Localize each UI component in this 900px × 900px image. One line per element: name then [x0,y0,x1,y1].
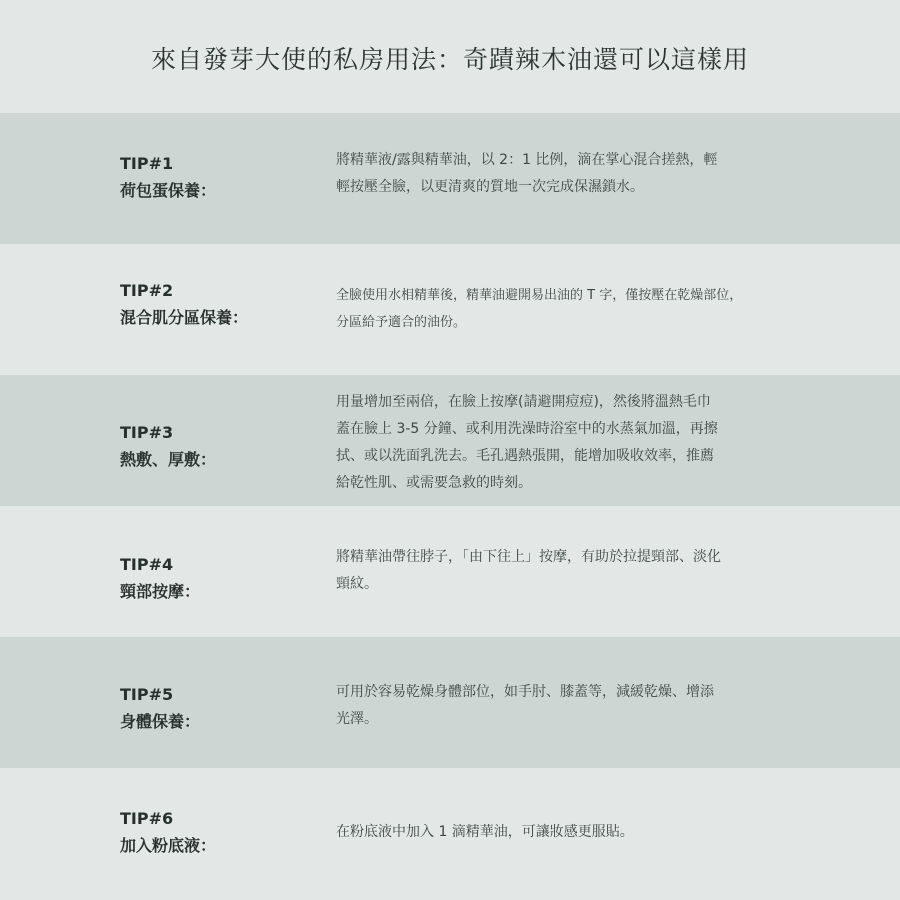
tip-description: 將精華油帶往脖子，「由下往上」按摩，有助於拉提頸部、淡化 頸紋。 [336,544,781,598]
tip-line: 可用於容易乾燥身體部位，如手肘、膝蓋等，減緩乾燥、增添 [336,679,781,706]
tip-row-2: TIP#2 混合肌分區保養： 全臉使用水相精華後，精華油避開易出油的 T 字，僅… [0,244,900,375]
tip-label: TIP#3 熱敷、厚敷： [120,419,216,473]
tip-line: 拭、或以洗面乳洗去。毛孔遇熱張開，能增加吸收效率，推薦 [336,443,781,470]
page-header: 來自發芽大使的私房用法：奇蹟辣木油還可以這樣用 [0,0,900,113]
tip-label: TIP#4 頸部按摩： [120,551,200,605]
tip-line: 全臉使用水相精華後，精華油避開易出油的 T 字，僅按壓在乾燥部位， [336,282,806,309]
tip-description: 在粉底液中加入 1 滴精華油，可讓妝感更服貼。 [336,819,781,846]
page-title: 來自發芽大使的私房用法：奇蹟辣木油還可以這樣用 [151,38,749,76]
tip-line: 用量增加至兩倍，在臉上按摩(請避開痘痘)，然後將溫熱毛巾 [336,389,781,416]
tip-line: 蓋在臉上 3-5 分鐘、或利用洗澡時浴室中的水蒸氣加溫，再擦 [336,416,781,443]
tip-description: 可用於容易乾燥身體部位，如手肘、膝蓋等，減緩乾燥、增添 光澤。 [336,679,781,733]
tip-name: 身體保養： [120,708,200,735]
tip-number: TIP#5 [120,681,200,708]
tip-line: 在粉底液中加入 1 滴精華油，可讓妝感更服貼。 [336,819,781,846]
tip-row-1: TIP#1 荷包蛋保養： 將精華液/露與精華油，以 2：1 比例，滴在掌心混合搓… [0,113,900,244]
tip-description: 將精華液/露與精華油，以 2：1 比例，滴在掌心混合搓熱，輕 輕按壓全臉，以更清… [336,147,781,201]
tip-line: 將精華油帶往脖子，「由下往上」按摩，有助於拉提頸部、淡化 [336,544,781,571]
tip-line: 分區給予適合的油份。 [336,309,806,336]
tip-name: 荷包蛋保養： [120,177,216,204]
tip-label: TIP#2 混合肌分區保養： [120,277,248,331]
tip-name: 頸部按摩： [120,578,200,605]
tip-name: 加入粉底液： [120,832,216,859]
tip-description: 全臉使用水相精華後，精華油避開易出油的 T 字，僅按壓在乾燥部位， 分區給予適合… [336,282,806,336]
tip-number: TIP#3 [120,419,216,446]
tip-line: 輕按壓全臉，以更清爽的質地一次完成保濕鎖水。 [336,174,781,201]
tip-line: 頸紋。 [336,571,781,598]
tip-name: 混合肌分區保養： [120,304,248,331]
tip-label: TIP#6 加入粉底液： [120,805,216,859]
tip-row-5: TIP#5 身體保養： 可用於容易乾燥身體部位，如手肘、膝蓋等，減緩乾燥、增添 … [0,637,900,768]
tip-number: TIP#4 [120,551,200,578]
tip-row-4: TIP#4 頸部按摩： 將精華油帶往脖子，「由下往上」按摩，有助於拉提頸部、淡化… [0,506,900,637]
tip-number: TIP#1 [120,150,216,177]
tip-row-3: TIP#3 熱敷、厚敷： 用量增加至兩倍，在臉上按摩(請避開痘痘)，然後將溫熱毛… [0,375,900,506]
tip-row-6: TIP#6 加入粉底液： 在粉底液中加入 1 滴精華油，可讓妝感更服貼。 [0,768,900,900]
tip-label: TIP#1 荷包蛋保養： [120,150,216,204]
tip-line: 將精華液/露與精華油，以 2：1 比例，滴在掌心混合搓熱，輕 [336,147,781,174]
tip-name: 熱敷、厚敷： [120,446,216,473]
tip-line: 給乾性肌、或需要急救的時刻。 [336,470,781,497]
tip-description: 用量增加至兩倍，在臉上按摩(請避開痘痘)，然後將溫熱毛巾 蓋在臉上 3-5 分鐘… [336,389,781,497]
tip-label: TIP#5 身體保養： [120,681,200,735]
tip-number: TIP#6 [120,805,216,832]
tip-line: 光澤。 [336,706,781,733]
tip-number: TIP#2 [120,277,248,304]
